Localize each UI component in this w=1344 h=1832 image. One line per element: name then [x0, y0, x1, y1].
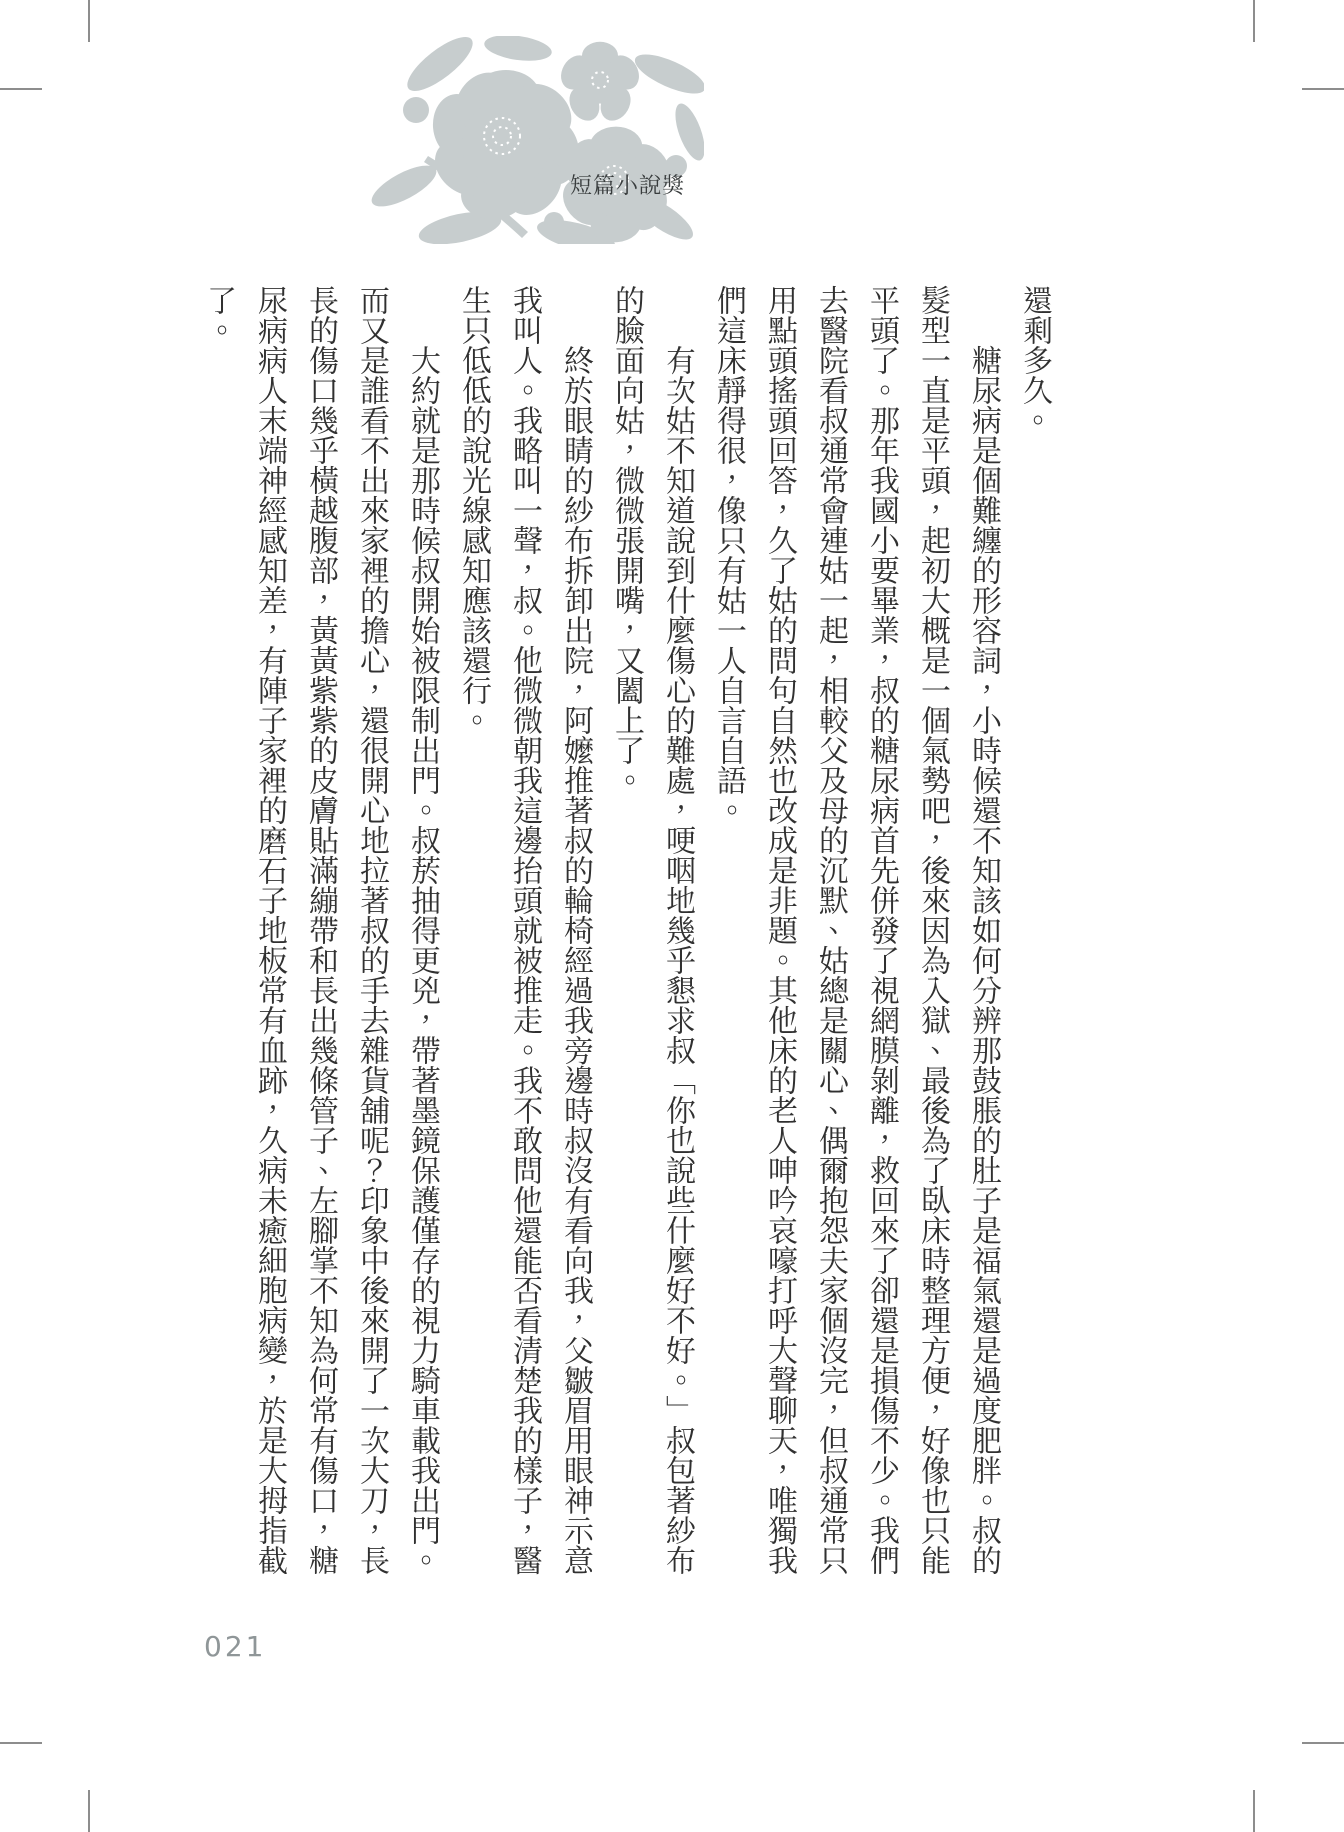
text-column: 長的傷口幾乎橫越腹部，黃黃紫紫的皮膚貼滿繃帶和長出幾條管子、左腳掌不知為何常有傷… [295, 285, 346, 1587]
crop-mark-top-right-horizontal [1302, 88, 1344, 90]
text-column: 大約就是那時候叔開始被限制出門。叔菸抽得更兇，帶著墨鏡保護僅存的視力騎車載我出門… [397, 285, 448, 1587]
text-column: 生只低低的說光線感知應該還行。 [448, 285, 499, 1587]
flower-illustration [368, 36, 704, 244]
crop-mark-top-left-vertical [88, 0, 90, 42]
text-column: 而又是誰看不出來家裡的擔心，還很開心地拉著叔的手去雜貨舖呢？印象中後來開了一次大… [346, 285, 397, 1587]
text-column: 我叫人。我略叫一聲，叔。他微微朝我這邊抬頭就被推走。我不敢問他還能否看清楚我的樣… [499, 285, 550, 1587]
crop-mark-bottom-right-vertical [1253, 1790, 1255, 1832]
text-column: 的臉面向姑，微微張開嘴，又闔上了。 [601, 285, 652, 1587]
text-column: 終於眼睛的紗布拆卸出院，阿嬤推著叔的輪椅經過我旁邊時叔沒有看向我，父皺眉用眼神示… [550, 285, 601, 1587]
crop-mark-bottom-left-vertical [88, 1790, 90, 1832]
page-number: 021 [204, 1630, 266, 1663]
story-text-block: 還剩多久。 糖尿病是個難纏的形容詞，小時候還不知該如何分辨那鼓脹的肚子是福氣還是… [193, 285, 1060, 1587]
text-column: 去醫院看叔通常會連姑一起，相較父及母的沉默、姑總是關心、偶爾抱怨夫家個沒完，但叔… [805, 285, 856, 1587]
text-column: 用點頭搖頭回答，久了姑的問句自然也改成是非題。其他床的老人呻吟哀嚎打呼大聲聊天，… [754, 285, 805, 1587]
crop-mark-top-left-horizontal [0, 88, 42, 90]
text-column: 了。 [193, 285, 244, 1587]
crop-mark-bottom-right-horizontal [1302, 1742, 1344, 1744]
text-column: 髮型一直是平頭，起初大概是一個氣勢吧，後來因為入獄、最後為了臥床時整理方便，好像… [907, 285, 958, 1587]
crop-mark-bottom-left-horizontal [0, 1742, 42, 1744]
book-page: 短篇小說獎 還剩多久。 糖尿病是個難纏的形容詞，小時候還不知該如何分辨那鼓脹的肚… [0, 0, 1344, 1832]
text-column: 們這床靜得很，像只有姑一人自言自語。 [703, 285, 754, 1587]
crop-mark-top-right-vertical [1253, 0, 1255, 42]
text-column: 平頭了。那年我國小要畢業，叔的糖尿病首先併發了視網膜剝離，救回來了卻還是損傷不少… [856, 285, 907, 1587]
text-column: 尿病病人末端神經感知差，有陣子家裡的磨石子地板常有血跡，久病未癒細胞病變，於是大… [244, 285, 295, 1587]
text-column: 糖尿病是個難纏的形容詞，小時候還不知該如何分辨那鼓脹的肚子是福氣還是過度肥胖。叔… [958, 285, 1009, 1587]
flower-decoration [368, 36, 704, 244]
text-column: 有次姑不知道說到什麼傷心的難處，哽咽地幾乎懇求叔「你也說些什麼好不好。」叔包著紗… [652, 285, 703, 1587]
text-column: 還剩多久。 [1009, 285, 1060, 1587]
section-title: 短篇小說獎 [570, 169, 685, 200]
